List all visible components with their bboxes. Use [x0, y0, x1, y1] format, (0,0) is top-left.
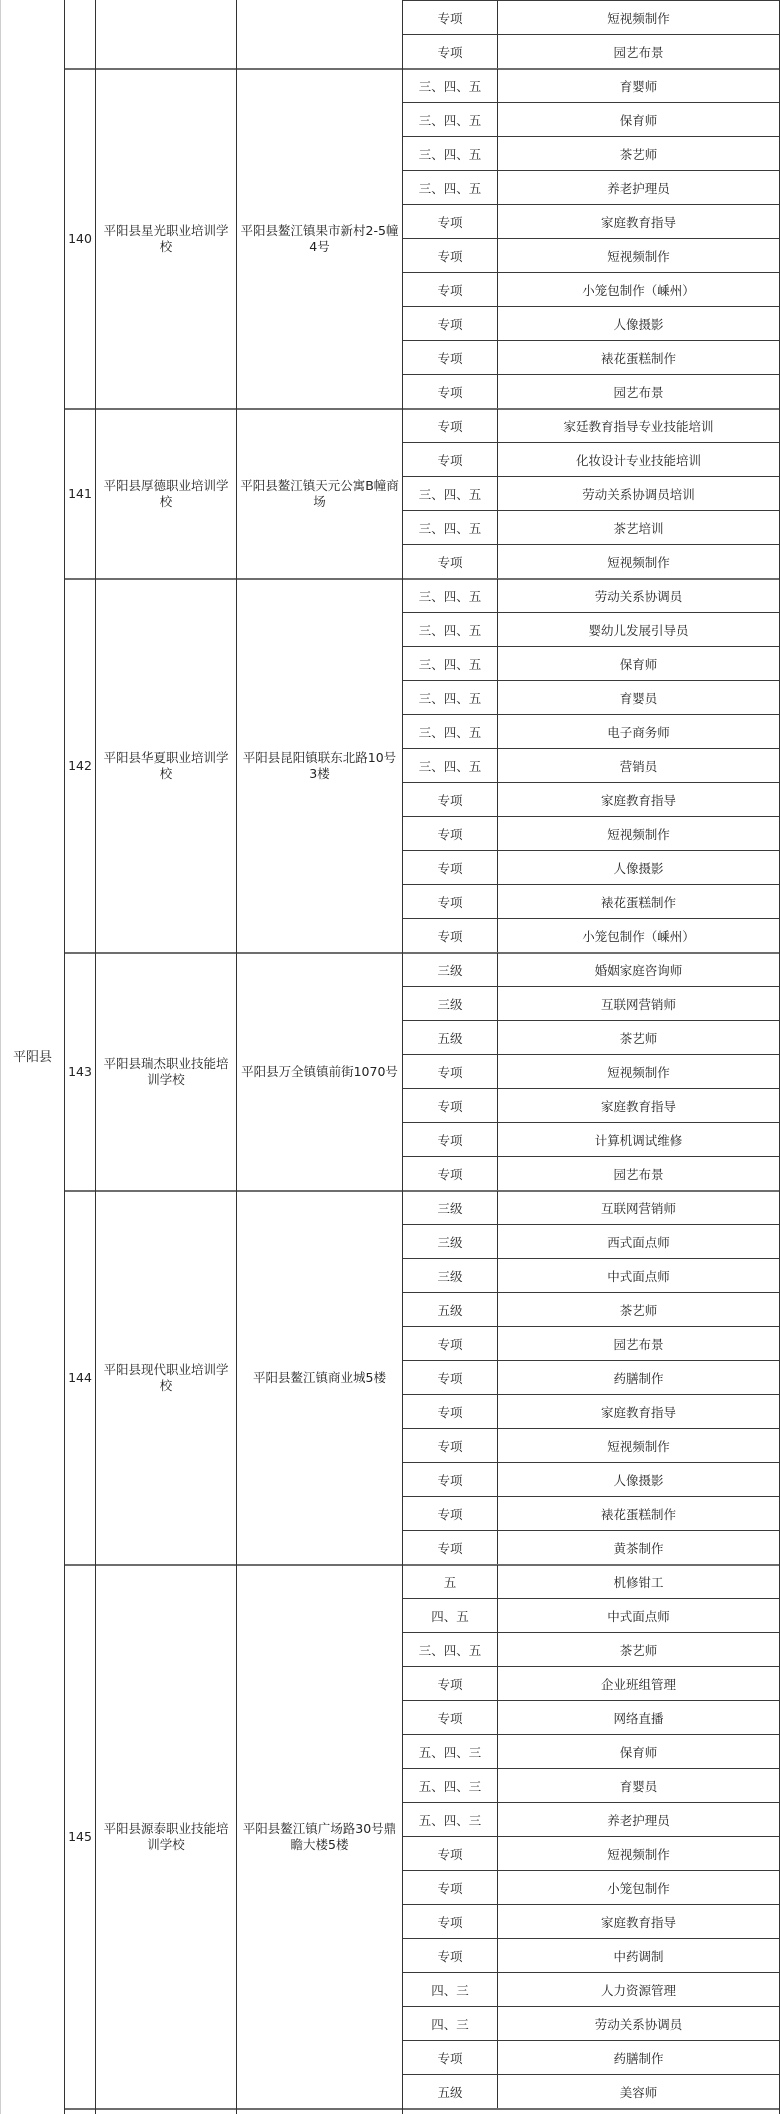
occupation-cell: 婴幼儿发展引导员 — [497, 613, 779, 646]
occupation-cell: 人像摄影 — [497, 851, 779, 884]
occupation-cell: 电子商务师 — [497, 715, 779, 748]
table-row: 专项裱花蛋糕制作 — [403, 1497, 779, 1530]
level-cell: 专项 — [403, 1837, 497, 1870]
occupation-cell: 裱花蛋糕制作 — [497, 1497, 779, 1530]
level-cell: 专项 — [403, 1361, 497, 1394]
occupation-cell: 育婴师 — [497, 69, 779, 102]
occupation-cell: 家庭教育指导 — [497, 1089, 779, 1122]
school-name: 平阳县华夏职业培训学校 — [96, 579, 236, 953]
training-schools-table: 平阳县 专项短视频制作专项园艺布景140平阳县星光职业培训学校平阳县鳌江镇果市新… — [0, 0, 780, 2114]
level-cell: 专项 — [403, 1327, 497, 1360]
school-address: 平阳县鳌江镇天元公寓B幢商场 — [237, 409, 402, 579]
occupation-cell: 茶艺师 — [497, 1293, 779, 1326]
occupation-cell: 小笼包制作 — [497, 1871, 779, 1904]
level-cell: 专项 — [403, 1905, 497, 1938]
level-cell: 五 — [403, 1565, 497, 1598]
table-row: 专项人像摄影 — [403, 851, 779, 884]
table-row: 三、四、五劳动关系协调员培训 — [403, 477, 779, 510]
table-row: 专项园艺布景 — [403, 1157, 779, 1190]
table-row: 五机修钳工 — [403, 1565, 779, 1598]
school-block: 145平阳县源泰职业技能培训学校平阳县鳌江镇广场路30号鼎瞻大楼5楼 — [65, 1565, 402, 2109]
table-row: 专项短视频制作 — [403, 1055, 779, 1088]
occupation-cell: 互联网营销师 — [497, 1191, 779, 1224]
occupation-cell: 养老护理员 — [497, 1803, 779, 1836]
occupation-cell: 保育师 — [497, 647, 779, 680]
occupation-cell: 计算机调试维修 — [497, 1123, 779, 1156]
level-cell: 三、四、五 — [403, 103, 497, 136]
level-cell: 专项 — [403, 851, 497, 884]
school-name: 平阳县源泰职业技能培训学校 — [96, 1565, 236, 2109]
school-block: 141平阳县厚德职业培训学校平阳县鳌江镇天元公寓B幢商场 — [65, 409, 402, 579]
level-cell: 三、四、五 — [403, 171, 497, 204]
table-row: 三、四、五保育师 — [403, 647, 779, 680]
school-number: 143 — [65, 953, 95, 1191]
table-row: 四、三劳动关系协调员 — [403, 2007, 779, 2040]
table-row: 五、四、三保育师 — [403, 1735, 779, 1768]
school-name: 平阳县现代职业培训学校 — [96, 1191, 236, 1565]
table-row: 专项家庭教育指导 — [403, 1089, 779, 1122]
table-row: 五、四、三养老护理员 — [403, 1803, 779, 1836]
occupation-cell: 园艺布景 — [497, 1157, 779, 1190]
level-cell: 三级 — [403, 1259, 497, 1292]
occupation-cell: 人像摄影 — [497, 307, 779, 340]
occupation-cell: 园艺布景 — [497, 1327, 779, 1360]
table-row: 专项短视频制作 — [403, 817, 779, 850]
occupation-cell: 互联网营销师 — [497, 987, 779, 1020]
level-cell: 专项 — [403, 1497, 497, 1530]
table-row: 专项企业班组管理 — [403, 1667, 779, 1700]
occupation-cell: 短视频制作 — [497, 817, 779, 850]
occupation-cell: 养老护理员 — [497, 171, 779, 204]
level-cell: 三级 — [403, 953, 497, 986]
table-row: 专项中药调制 — [403, 1939, 779, 1972]
occupation-cell: 短视频制作 — [497, 545, 779, 578]
level-cell: 专项 — [403, 35, 497, 68]
table-row: 三级西式面点师 — [403, 1225, 779, 1258]
school-number: 140 — [65, 69, 95, 409]
block-divider — [64, 2108, 780, 2110]
occupation-cell: 家庭教育指导 — [497, 1905, 779, 1938]
occupation-cell: 劳动关系协调员 — [497, 579, 779, 612]
level-cell: 专项 — [403, 1667, 497, 1700]
level-cell: 专项 — [403, 375, 497, 408]
occupation-cell: 育婴员 — [497, 681, 779, 714]
school-block: 142平阳县华夏职业培训学校平阳县昆阳镇联东北路10号3楼 — [65, 579, 402, 953]
table-row: 专项短视频制作 — [403, 1429, 779, 1462]
school-number: 141 — [65, 409, 95, 579]
occupation-cell: 短视频制作 — [497, 1055, 779, 1088]
occupation-cell: 裱花蛋糕制作 — [497, 341, 779, 374]
table-row: 三、四、五营销员 — [403, 749, 779, 782]
level-cell: 五级 — [403, 1293, 497, 1326]
school-name: 平阳县厚德职业培训学校 — [96, 409, 236, 579]
school-address: 平阳县昆阳镇联东北路10号3楼 — [237, 579, 402, 953]
table-row: 专项短视频制作 — [403, 1837, 779, 1870]
table-row: 专项家庭教育指导 — [403, 205, 779, 238]
occupation-cell: 中药调制 — [497, 1939, 779, 1972]
column-divider — [95, 0, 96, 2114]
table-row: 三、四、五保育师 — [403, 103, 779, 136]
occupation-cell: 小笼包制作（嵊州） — [497, 273, 779, 306]
level-cell: 四、五 — [403, 1599, 497, 1632]
level-cell: 专项 — [403, 1939, 497, 1972]
occupation-cell: 保育师 — [497, 103, 779, 136]
level-cell: 专项 — [403, 885, 497, 918]
level-cell: 五、四、三 — [403, 1769, 497, 1802]
level-cell: 三、四、五 — [403, 749, 497, 782]
table-row: 专项园艺布景 — [403, 375, 779, 408]
table-row: 专项药膳制作 — [403, 1361, 779, 1394]
occupation-cell: 人力资源管理 — [497, 1973, 779, 2006]
table-row: 四、三人力资源管理 — [403, 1973, 779, 2006]
table-row: 五级茶艺师 — [403, 1021, 779, 1054]
level-cell: 专项 — [403, 1395, 497, 1428]
occupation-cell: 短视频制作 — [497, 1429, 779, 1462]
table-row: 三、四、五养老护理员 — [403, 171, 779, 204]
school-block: 144平阳县现代职业培训学校平阳县鳌江镇商业城5楼 — [65, 1191, 402, 1565]
occupation-cell: 短视频制作 — [497, 239, 779, 272]
school-name: 平阳县星光职业培训学校 — [96, 69, 236, 409]
occupation-cell: 劳动关系协调员培训 — [497, 477, 779, 510]
occupation-cell: 企业班组管理 — [497, 1667, 779, 1700]
table-row: 五级美容师 — [403, 2075, 779, 2108]
county-cell: 平阳县 — [1, 0, 64, 2111]
level-cell: 三、四、五 — [403, 715, 497, 748]
level-cell: 专项 — [403, 919, 497, 952]
occupation-cell: 中式面点师 — [497, 1259, 779, 1292]
level-cell: 专项 — [403, 443, 497, 476]
table-row: 专项小笼包制作（嵊州） — [403, 273, 779, 306]
level-cell: 专项 — [403, 1123, 497, 1156]
school-address: 平阳县鳌江镇果市新村2-5幢4号 — [237, 69, 402, 409]
level-cell: 专项 — [403, 1463, 497, 1496]
level-cell: 四、三 — [403, 1973, 497, 2006]
table-row: 三级互联网营销师 — [403, 987, 779, 1020]
occupation-cell: 家廷教育指导专业技能培训 — [497, 409, 779, 442]
table-row: 三、四、五婴幼儿发展引导员 — [403, 613, 779, 646]
occupation-cell: 茶艺师 — [497, 1633, 779, 1666]
occupation-cell: 婚姻家庭咨询师 — [497, 953, 779, 986]
column-divider — [236, 0, 237, 2114]
table-row: 专项人像摄影 — [403, 307, 779, 340]
occupation-cell: 茶艺师 — [497, 1021, 779, 1054]
occupation-cell: 育婴员 — [497, 1769, 779, 1802]
occupation-cell: 药膳制作 — [497, 2041, 779, 2074]
occupation-cell: 短视频制作 — [497, 1, 779, 34]
table-row: 三、四、五茶艺培训 — [403, 511, 779, 544]
level-cell: 三、四、五 — [403, 613, 497, 646]
level-cell: 三、四、五 — [403, 579, 497, 612]
level-cell: 三级 — [403, 987, 497, 1020]
school-address: 平阳县鳌江镇广场路30号鼎瞻大楼5楼 — [237, 1565, 402, 2109]
table-row: 专项计算机调试维修 — [403, 1123, 779, 1156]
level-cell: 专项 — [403, 1871, 497, 1904]
occupation-cell: 家庭教育指导 — [497, 783, 779, 816]
occupation-cell: 美容师 — [497, 2075, 779, 2108]
table-row: 专项家庭教育指导 — [403, 783, 779, 816]
level-cell: 专项 — [403, 1157, 497, 1190]
table-row: 专项短视频制作 — [403, 239, 779, 272]
table-row: 专项小笼包制作（嵊州） — [403, 919, 779, 952]
level-cell: 专项 — [403, 1701, 497, 1734]
table-row: 四、五中式面点师 — [403, 1599, 779, 1632]
occupation-cell: 西式面点师 — [497, 1225, 779, 1258]
school-address: 平阳县万全镇镇前街1070号 — [237, 953, 402, 1191]
table-row: 三、四、五育婴师 — [403, 69, 779, 102]
school-number: 142 — [65, 579, 95, 953]
occupation-cell: 网络直播 — [497, 1701, 779, 1734]
level-cell: 三、四、五 — [403, 647, 497, 680]
level-cell: 专项 — [403, 409, 497, 442]
column-divider — [402, 0, 403, 2114]
table-row: 专项药膳制作 — [403, 2041, 779, 2074]
school-number: 145 — [65, 1565, 95, 2109]
level-cell: 专项 — [403, 783, 497, 816]
table-row: 专项裱花蛋糕制作 — [403, 341, 779, 374]
table-row: 三级中式面点师 — [403, 1259, 779, 1292]
school-number: 144 — [65, 1191, 95, 1565]
level-cell: 三、四、五 — [403, 1633, 497, 1666]
level-cell: 专项 — [403, 341, 497, 374]
occupation-cell: 家庭教育指导 — [497, 205, 779, 238]
level-cell: 三、四、五 — [403, 137, 497, 170]
table-row: 专项黄茶制作 — [403, 1531, 779, 1564]
occupation-cell: 黄茶制作 — [497, 1531, 779, 1564]
table-row: 三、四、五电子商务师 — [403, 715, 779, 748]
table-row: 专项小笼包制作 — [403, 1871, 779, 1904]
level-cell: 三级 — [403, 1225, 497, 1258]
occupation-cell: 短视频制作 — [497, 1837, 779, 1870]
level-cell: 专项 — [403, 545, 497, 578]
table-row: 专项园艺布景 — [403, 1327, 779, 1360]
level-cell: 三级 — [403, 1191, 497, 1224]
table-row: 专项裱花蛋糕制作 — [403, 885, 779, 918]
level-cell: 专项 — [403, 205, 497, 238]
occupation-cell: 中式面点师 — [497, 1599, 779, 1632]
table-row: 五级茶艺师 — [403, 1293, 779, 1326]
column-divider — [64, 0, 65, 2114]
table-row: 专项园艺布景 — [403, 35, 779, 68]
level-cell: 三、四、五 — [403, 69, 497, 102]
level-cell: 五、四、三 — [403, 1803, 497, 1836]
table-row: 专项家庭教育指导 — [403, 1905, 779, 1938]
level-cell: 三、四、五 — [403, 511, 497, 544]
level-cell: 专项 — [403, 1089, 497, 1122]
level-cell: 专项 — [403, 817, 497, 850]
occupation-cell: 园艺布景 — [497, 375, 779, 408]
occupation-cell: 营销员 — [497, 749, 779, 782]
table-row: 专项人像摄影 — [403, 1463, 779, 1496]
occupation-cell: 茶艺师 — [497, 137, 779, 170]
level-cell: 五级 — [403, 2075, 497, 2108]
occupation-cell: 机修钳工 — [497, 1565, 779, 1598]
occupation-cell: 茶艺培训 — [497, 511, 779, 544]
occupation-cell: 园艺布景 — [497, 35, 779, 68]
table-row: 专项家庭教育指导 — [403, 1395, 779, 1428]
table-row: 三、四、五茶艺师 — [403, 1633, 779, 1666]
level-cell: 专项 — [403, 307, 497, 340]
level-cell: 专项 — [403, 273, 497, 306]
level-cell: 专项 — [403, 239, 497, 272]
occupation-cell: 小笼包制作（嵊州） — [497, 919, 779, 952]
table-row: 三、四、五育婴员 — [403, 681, 779, 714]
level-cell: 五、四、三 — [403, 1735, 497, 1768]
level-cell: 专项 — [403, 1055, 497, 1088]
occupation-cell: 劳动关系协调员 — [497, 2007, 779, 2040]
level-cell: 四、三 — [403, 2007, 497, 2040]
table-row: 专项短视频制作 — [403, 1, 779, 34]
table-row: 三、四、五劳动关系协调员 — [403, 579, 779, 612]
level-cell: 三、四、五 — [403, 681, 497, 714]
occupation-cell: 裱花蛋糕制作 — [497, 885, 779, 918]
table-row: 五、四、三育婴员 — [403, 1769, 779, 1802]
occupation-cell: 化妆设计专业技能培训 — [497, 443, 779, 476]
occupation-cell: 人像摄影 — [497, 1463, 779, 1496]
level-cell: 五级 — [403, 1021, 497, 1054]
occupation-cell: 药膳制作 — [497, 1361, 779, 1394]
level-cell: 专项 — [403, 1, 497, 34]
school-name: 平阳县瑞杰职业技能培训学校 — [96, 953, 236, 1191]
level-cell: 三、四、五 — [403, 477, 497, 510]
occupation-cell: 家庭教育指导 — [497, 1395, 779, 1428]
table-row: 三、四、五茶艺师 — [403, 137, 779, 170]
table-row: 专项化妆设计专业技能培训 — [403, 443, 779, 476]
table-row: 专项短视频制作 — [403, 545, 779, 578]
school-address: 平阳县鳌江镇商业城5楼 — [237, 1191, 402, 1565]
school-block: 140平阳县星光职业培训学校平阳县鳌江镇果市新村2-5幢4号 — [65, 69, 402, 409]
school-block: 143平阳县瑞杰职业技能培训学校平阳县万全镇镇前街1070号 — [65, 953, 402, 1191]
level-cell: 专项 — [403, 2041, 497, 2074]
table-row: 三级互联网营销师 — [403, 1191, 779, 1224]
table-row: 三级婚姻家庭咨询师 — [403, 953, 779, 986]
table-row: 专项家廷教育指导专业技能培训 — [403, 409, 779, 442]
level-cell: 专项 — [403, 1531, 497, 1564]
level-cell: 专项 — [403, 1429, 497, 1462]
table-row: 专项网络直播 — [403, 1701, 779, 1734]
occupation-cell: 保育师 — [497, 1735, 779, 1768]
